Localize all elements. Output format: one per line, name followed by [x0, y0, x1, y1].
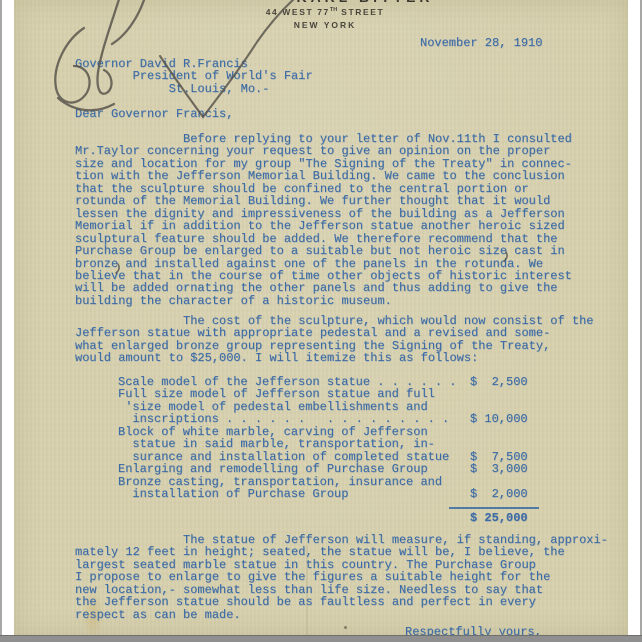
letterhead-city: NEW YORK	[240, 20, 410, 30]
item-row: statue in said marble, transportation, i…	[118, 438, 578, 450]
item-amount: $ 10,000	[470, 413, 528, 425]
item-desc: Enlarging and remodelling of Purchase Gr…	[118, 463, 428, 475]
item-desc: statue in said marble, transportation, i…	[118, 438, 435, 450]
item-amount: $ 2,000	[470, 488, 528, 500]
salutation: Dear Governor Francis,	[75, 108, 233, 120]
paragraph-2: The cost of the sculpture, which would n…	[75, 315, 593, 365]
paragraph-3: The statue of Jefferson will measure, if…	[75, 534, 608, 621]
cost-itemization: Scale model of the Jefferson statue . . …	[118, 376, 578, 500]
letterhead-street: 44 WEST 77TH STREET	[240, 7, 410, 17]
scanned-letter-page: { "letterhead": { "name_partial": "KARL …	[0, 0, 642, 642]
total-amount: $ 25,000	[470, 512, 528, 524]
item-amount: $ 3,000	[470, 463, 528, 475]
letterhead-street-number: 44 WEST 77	[266, 7, 330, 17]
total-rule	[449, 507, 539, 509]
item-row: installation of Purchase Group$ 2,000	[118, 488, 578, 500]
item-row: Enlarging and remodelling of Purchase Gr…	[118, 463, 578, 475]
item-desc: inscriptions . . . . . . . . . . . . . .…	[118, 413, 449, 425]
item-desc: installation of Purchase Group	[118, 488, 348, 500]
recipient-address-block: Governor David R.Francis President of Wo…	[75, 58, 313, 95]
letterhead-street-word: STREET	[337, 7, 384, 17]
letterhead-name-partial: KARL BITTER	[280, 0, 450, 6]
bottom-scan-band	[0, 635, 642, 642]
item-row: inscriptions . . . . . . . . . . . . . .…	[118, 413, 578, 425]
left-scan-edge	[0, 0, 2, 642]
item-row: Full size model of Jefferson statue and …	[118, 388, 578, 400]
letterhead-name-text: KARL BITTER	[280, 0, 450, 5]
paragraph-1: Before replying to your letter of Nov.11…	[75, 133, 572, 307]
ink-speck	[344, 626, 347, 629]
item-amount: $ 2,500	[470, 376, 528, 388]
date-line: November 28, 1910	[420, 37, 542, 49]
